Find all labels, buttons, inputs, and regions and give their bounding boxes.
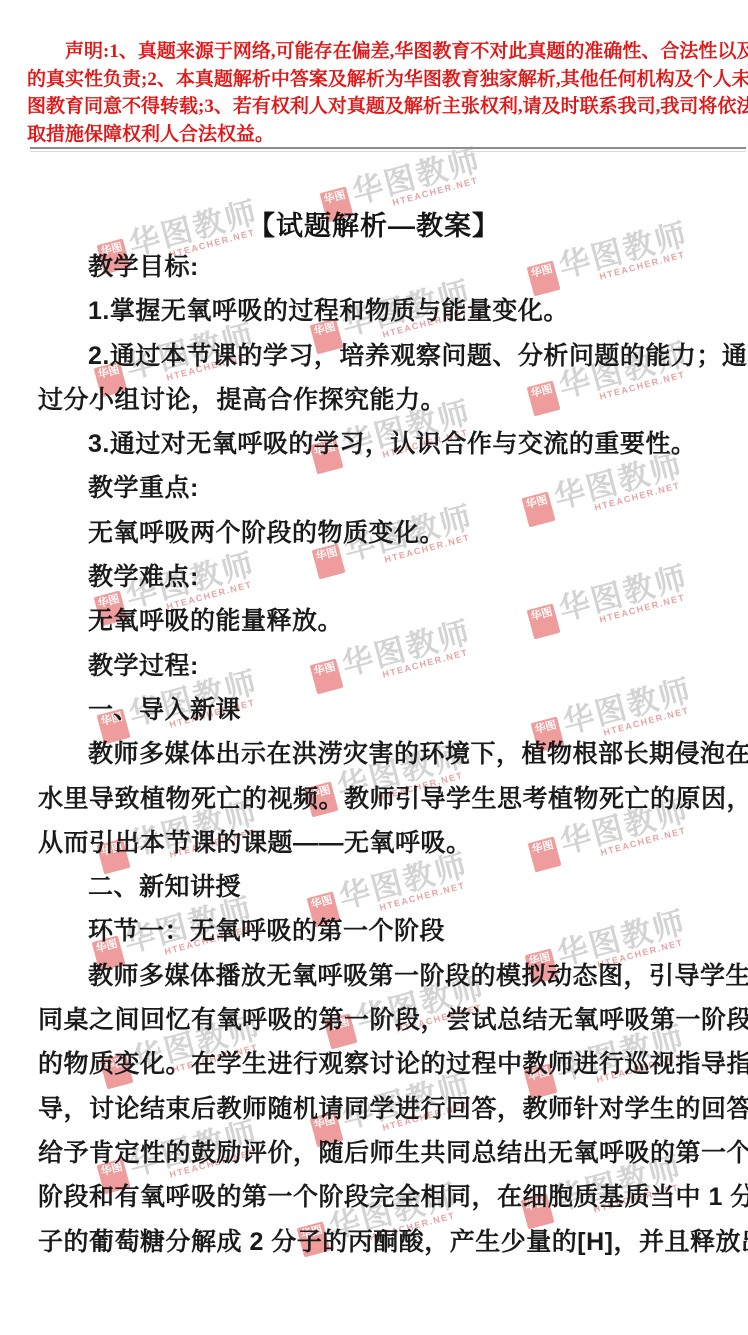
disclaimer-line: 图教育同意不得转载;3、若有权利人对真题及解析主张权利,请及时联系我司,我司将依…	[27, 93, 727, 121]
document-page: 华图 华图教师 HTEACHER.NET 华图 华图教师 HTEACHER.NE…	[0, 0, 748, 1335]
watermark-en-text: HTEACHER.NET	[391, 173, 486, 208]
body-line: 教学过程:	[38, 644, 712, 688]
disclaimer-line: 声明:1、真题来源于网络,可能存在偏差,华图教育不对此真题的准确性、合法性以及内…	[27, 38, 727, 66]
body-line: 水里导致植物死亡的视频。教师引导学生思考植物死亡的原因，	[38, 777, 712, 821]
body-line: 一、导入新课	[38, 688, 712, 732]
separator-line	[30, 147, 746, 152]
disclaimer: 声明:1、真题来源于网络,可能存在偏差,华图教育不对此真题的准确性、合法性以及内…	[27, 38, 727, 148]
page-title: 【试题解析—教案】	[0, 204, 748, 243]
body-line: 给予肯定性的鼓励评价，随后师生共同总结出无氧呼吸的第一个	[38, 1131, 712, 1175]
body-text: 教学目标:1.掌握无氧呼吸的过程和物质与能量变化。2.通过本节课的学习，培养观察…	[38, 245, 712, 1264]
body-line: 无氧呼吸两个阶段的物质变化。	[38, 511, 712, 555]
watermark-zh-text: 华图教师	[349, 144, 485, 208]
body-line: 同桌之间回忆有氧呼吸的第一阶段，尝试总结无氧呼吸第一阶段	[38, 998, 712, 1042]
body-line: 子的葡萄糖分解成 2 分子的丙酮酸，产生少量的[H]，并且释放出	[38, 1220, 712, 1264]
body-line: 无氧呼吸的能量释放。	[38, 599, 712, 643]
body-line: 阶段和有氧呼吸的第一个阶段完全相同，在细胞质基质当中 1 分	[38, 1175, 712, 1219]
body-line: 1.掌握无氧呼吸的过程和物质与能量变化。	[38, 289, 712, 333]
disclaimer-label: 声明:	[65, 41, 109, 62]
body-line: 教师多媒体播放无氧呼吸第一阶段的模拟动态图，引导学生	[38, 954, 712, 998]
body-line: 3.通过对无氧呼吸的学习，认识合作与交流的重要性。	[38, 422, 712, 466]
body-line: 教学重点:	[38, 466, 712, 510]
body-line: 从而引出本节课的课题——无氧呼吸。	[38, 821, 712, 865]
body-line: 2.通过本节课的学习，培养观察问题、分析问题的能力；通	[38, 334, 712, 378]
body-line: 过分小组讨论，提高合作探究能力。	[38, 378, 712, 422]
body-line: 教学目标:	[38, 245, 712, 289]
body-line: 教师多媒体出示在洪涝灾害的环境下，植物根部长期侵泡在	[38, 732, 712, 776]
body-line: 导，讨论结束后教师随机请同学进行回答，教师针对学生的回答	[38, 1087, 712, 1131]
body-line: 的物质变化。在学生进行观察讨论的过程中教师进行巡视指导指	[38, 1042, 712, 1086]
body-line: 二、新知讲授	[38, 865, 712, 909]
body-line: 环节一：无氧呼吸的第一个阶段	[38, 909, 712, 953]
disclaimer-line: 的真实性负责;2、本真题解析中答案及解析为华图教育独家解析,其他任何机构及个人未…	[27, 66, 727, 94]
body-line: 教学难点:	[38, 555, 712, 599]
disclaimer-line: 取措施保障权利人合法权益。	[27, 121, 727, 149]
